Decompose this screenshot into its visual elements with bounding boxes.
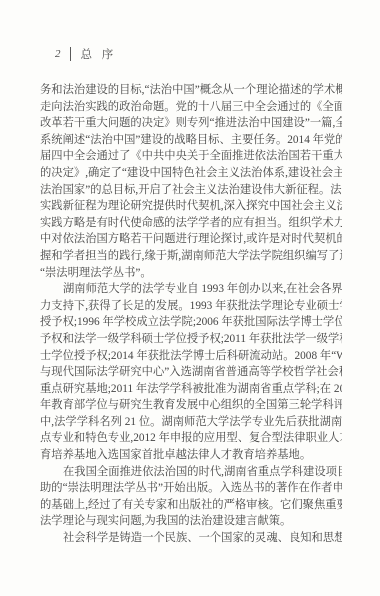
text-line: 年教育部学位与研究生教育发展中心组织的全国第三轮学科评估	[40, 397, 342, 414]
text-line: 中对依法治国方略若干问题进行理论探讨,或许是对时代契机的把	[40, 231, 342, 248]
text-line: 力支持下,获得了长足的发展。1993 年获批法学理论专业硕士学位	[40, 298, 342, 315]
text-line: 实践新征程为理论研究提供时代契机,深入探究中国社会主义法治	[40, 198, 342, 215]
text-line: 走向法治实践的政治命题。党的十八届三中全会通过的《全面深化	[40, 99, 342, 116]
text-line: 授予权;1996 年学校成立法学院;2006 年获批国际法学博士学位授	[40, 314, 342, 331]
text-line: 与现代国际法学研究中心”入选湖南省普通高等学校哲学社会科学	[40, 364, 342, 381]
text-line: 育培养基地入选国家首批卓越法律人才教育培养基地。	[40, 447, 342, 464]
text-line: 湖南师范大学的法学专业自 1993 年创办以来,在社会各界的大	[40, 281, 342, 298]
text-line: 予权和法学一级学科硕士学位授予权;2011 年获批法学一级学科博	[40, 331, 342, 348]
text-line: 届四中全会通过了《中共中央关于全面推进依法治国若干重大问题	[40, 148, 342, 165]
text-line: 中,法学学科名列 21 位。湖南师范大学法学专业先后获批湖南省重	[40, 414, 342, 431]
text-line: 助的“崇法明理法学丛书”开始出版。入选丛书的著作在作者申报	[40, 480, 342, 497]
text-line: 在我国全面推进依法治国的时代,湖南省重点学科建设项目资	[40, 464, 342, 481]
text-line: 士学位授予权;2014 年获批法学博士后科研流动站。2008 年“WTO	[40, 348, 342, 365]
text-line: 的决定》,确定了“建设中国特色社会主义法治体系,建设社会主义	[40, 165, 342, 182]
running-header: 2 总序	[55, 46, 123, 62]
text-line: 的基础上,经过了有关专家和出版社的严格审核。它们聚焦重要的	[40, 497, 342, 514]
text-line: 法治国家”的总目标,开启了社会主义法治建设伟大新征程。法治	[40, 182, 342, 199]
text-line: 系统阐述“法治中国”建设的战略目标、主要任务。2014 年党的十八	[40, 132, 342, 149]
text-line: 社会科学是铸造一个民族、一个国家的灵魂、良知和思想的;而	[40, 530, 342, 547]
page-number: 2	[55, 48, 70, 60]
text-line: 实践方略是有时代使命感的法学学者的应有担当。组织学术力量集	[40, 215, 342, 232]
chapter-title: 总序	[71, 46, 124, 62]
body-text: 务和法治建设的目标,“法治中国”概念从一个理论描述的学术概念 走向法治实践的政治…	[40, 82, 342, 547]
text-line: 点专业和特色专业,2012 年申报的应用型、复合型法律职业人才教	[40, 430, 342, 447]
text-line: 法学理论与现实问题,为我国的法治建设建言献策。	[40, 513, 342, 530]
text-line: 务和法治建设的目标,“法治中国”概念从一个理论描述的学术概念	[40, 82, 342, 99]
text-line: 改革若干重大问题的决定》则专列“推进法治中国建设”一篇,全面	[40, 115, 342, 132]
text-line: 重点研究基地;2011 年法学学科被批准为湖南省重点学科;在 2012	[40, 381, 342, 398]
book-page: 2 总序 务和法治建设的目标,“法治中国”概念从一个理论描述的学术概念 走向法治…	[0, 0, 380, 596]
text-line: 握和学者担当的践行,缘于斯,湖南师范大学法学院组织编写了这套	[40, 248, 342, 265]
text-line: “崇法明理法学丛书”。	[40, 265, 342, 282]
